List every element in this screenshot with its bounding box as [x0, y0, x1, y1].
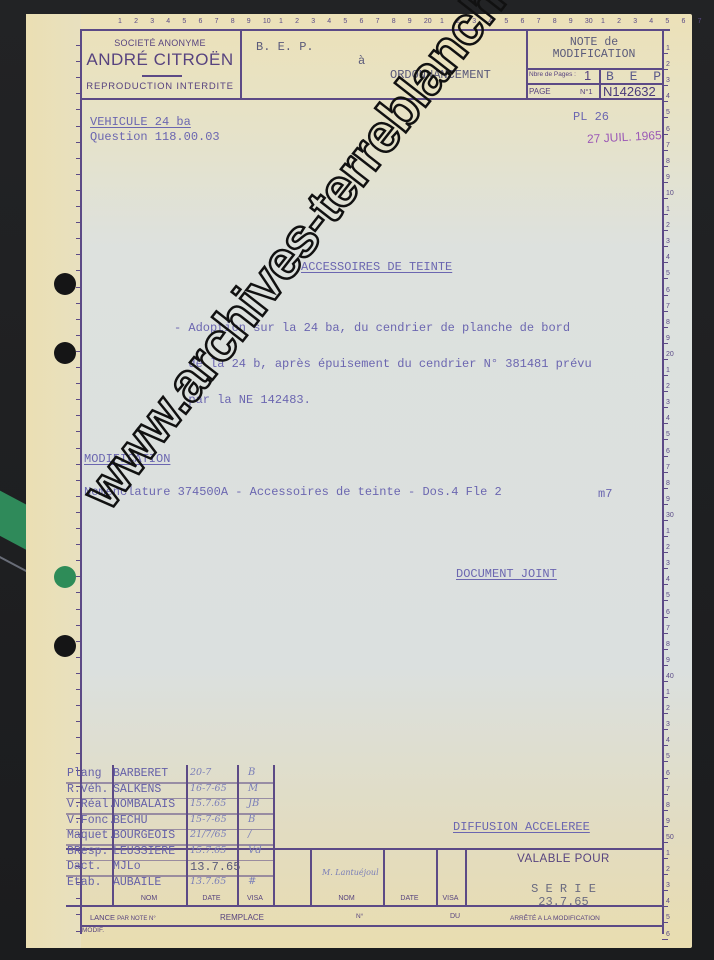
sig-name: NOMBALAIS: [113, 798, 175, 811]
ruler-tick: [76, 270, 81, 271]
ruler-tick: [662, 230, 668, 231]
sig-role: V.Réal.: [67, 798, 115, 811]
ruler-tick-label: 8: [231, 18, 235, 25]
arrete-label: ARRÊTÉ A LA MODIFICATION: [510, 915, 600, 922]
document-joint: DOCUMENT JOINT: [456, 567, 557, 581]
ruler-tick: [662, 134, 668, 135]
ruler-tick-label: 9: [666, 174, 670, 181]
sig-col-line: [186, 765, 188, 905]
ruler-tick: [76, 383, 81, 384]
ruler-tick: [76, 657, 81, 658]
ruler-tick-label: 4: [666, 898, 670, 905]
ruler-tick: [76, 544, 81, 545]
ruler-tick: [662, 101, 668, 102]
ruler-tick: [76, 898, 81, 899]
modif-label: MODIF.: [82, 927, 104, 934]
ruler-tick: [662, 85, 668, 86]
ruler-tick-label: 6: [521, 18, 525, 25]
col-date: DATE: [186, 895, 237, 902]
ruler-tick: [662, 697, 668, 698]
sig-role: BResp.: [67, 845, 108, 858]
top-ruler: 1234567891012345678920123456789301234567: [80, 18, 670, 34]
ruler-tick-label: 3: [633, 18, 637, 25]
ruler-tick: [76, 190, 81, 191]
sig-role: R.Véh.: [67, 783, 108, 796]
ruler-tick: [76, 673, 81, 674]
ruler-tick-label: 7: [666, 786, 670, 793]
question-ref: Question 118.00.03: [90, 130, 220, 144]
sig-date: 21/7/65: [190, 829, 227, 840]
ruler-tick: [662, 922, 668, 923]
ruler-tick: [76, 399, 81, 400]
footer-line: [80, 925, 662, 927]
ruler-tick: [662, 745, 668, 746]
ruler-tick-label: 9: [666, 818, 670, 825]
sig-visa: #: [248, 876, 256, 887]
sig-name: MJLo: [113, 860, 141, 873]
ruler-tick: [662, 890, 668, 891]
ruler-tick: [662, 262, 668, 263]
ruler-tick-label: 7: [537, 18, 541, 25]
sig-visa: JB: [248, 798, 259, 809]
ruler-tick: [76, 914, 81, 915]
sig-visa: B: [248, 767, 255, 778]
ruler-tick-label: 30: [666, 512, 674, 519]
ruler-tick: [662, 520, 668, 521]
sig-role: V.Fonc.: [67, 814, 115, 827]
company-name: ANDRÉ CITROËN: [80, 50, 240, 70]
col-date-2: DATE: [383, 895, 436, 902]
ruler-tick-label: 1: [666, 528, 670, 535]
ruler-tick: [662, 504, 668, 505]
ruler-tick: [662, 552, 668, 553]
sig-visa: Vd: [248, 845, 262, 856]
ruler-tick: [76, 93, 81, 94]
vehicle-label: VEHICULE 24 ba: [90, 115, 191, 129]
ruler-tick: [662, 649, 668, 650]
ruler-tick: [76, 431, 81, 432]
sig-date: 20-7: [190, 767, 211, 778]
ruler-tick-label: 7: [666, 464, 670, 471]
ruler-tick-label: 2: [666, 383, 670, 390]
page-number-label: N°1: [580, 87, 593, 96]
ruler-tick-label: 30: [585, 18, 593, 25]
ruler-tick: [76, 560, 81, 561]
ruler-tick-label: 4: [666, 576, 670, 583]
par-note: PAR NOTE N°: [117, 916, 156, 922]
ruler-tick: [76, 142, 81, 143]
validity-date: 23.7.65: [465, 895, 662, 909]
ruler-tick: [76, 77, 81, 78]
sig-name: LEUSSIERE: [113, 845, 175, 858]
ruler-tick: [662, 826, 668, 827]
sig-visa: B: [248, 814, 255, 825]
sig-date: 15-7-65: [190, 814, 227, 825]
ruler-tick-label: 6: [666, 287, 670, 294]
sig-visa: /: [248, 829, 251, 840]
ruler-tick-label: 8: [666, 158, 670, 165]
page-label: PAGE: [529, 87, 551, 96]
ruler-tick-label: 1: [666, 45, 670, 52]
sig-name: BARBERET: [113, 767, 168, 780]
ruler-tick-label: 2: [617, 18, 621, 25]
ruler-tick-label: 1: [118, 18, 122, 25]
ruler-tick-label: 1: [601, 18, 605, 25]
ruler-tick-label: 9: [666, 496, 670, 503]
ruler-tick-label: 6: [199, 18, 203, 25]
ruler-tick: [662, 295, 668, 296]
ruler-tick: [662, 182, 668, 183]
ruler-tick: [662, 117, 668, 118]
ruler-tick-label: 9: [569, 18, 573, 25]
ruler-tick-label: 1: [666, 367, 670, 374]
sig-role: Etab.: [67, 876, 102, 889]
ruler-tick-label: 7: [698, 18, 702, 25]
ruler-tick-label: 7: [376, 18, 380, 25]
launched-by: LANCE: [90, 913, 115, 922]
ruler-tick: [662, 858, 668, 859]
ruler-tick-label: 5: [666, 753, 670, 760]
pages-label: Nbre de Pages :: [529, 71, 576, 78]
ruler-tick: [76, 287, 81, 288]
ruler-tick: [662, 278, 668, 279]
ruler-tick-label: 40: [666, 673, 674, 680]
ruler-tick: [662, 456, 668, 457]
header-divider: [240, 29, 242, 99]
plate-ref: PL 26: [573, 110, 609, 124]
ruler-tick-label: 2: [666, 544, 670, 551]
ruler-tick-label: 6: [666, 448, 670, 455]
ruler-tick: [76, 512, 81, 513]
ruler-tick: [662, 150, 668, 151]
ruler-tick: [76, 448, 81, 449]
sig-name: AUBAILE: [113, 876, 161, 889]
ruler-tick-label: 7: [666, 303, 670, 310]
ruler-tick-label: 6: [666, 931, 670, 938]
ruler-tick-label: 10: [263, 18, 271, 25]
ruler-tick-label: 8: [392, 18, 396, 25]
ruler-tick-label: 5: [665, 18, 669, 25]
ruler-tick: [662, 488, 668, 489]
ruler-tick-label: 9: [408, 18, 412, 25]
paragraph-line: par la NE 142483.: [174, 394, 592, 406]
ruler-tick-label: 4: [666, 737, 670, 744]
ruler-tick: [76, 303, 81, 304]
doc-type: NOTE de MODIFICATION: [526, 37, 662, 61]
ruler-tick-label: 4: [649, 18, 653, 25]
ruler-tick-label: 7: [666, 142, 670, 149]
ruler-tick: [76, 367, 81, 368]
ruler-tick: [662, 391, 668, 392]
ruler-tick-label: 9: [247, 18, 251, 25]
ruler-tick: [76, 737, 81, 738]
ruler-tick-label: 1: [666, 206, 670, 213]
nomenclature-line: Nomenclature 374500A - Accessoires de te…: [84, 485, 502, 499]
ruler-tick: [662, 359, 668, 360]
ruler-tick-label: 9: [666, 335, 670, 342]
sig-name: BOURGEOIS: [113, 829, 175, 842]
ruler-tick: [76, 609, 81, 610]
ruler-tick-label: 3: [666, 399, 670, 406]
diffusion-label: DIFFUSION ACCELEREE: [453, 820, 590, 834]
ruler-tick: [662, 842, 668, 843]
ruler-tick: [76, 592, 81, 593]
ruler-tick: [76, 576, 81, 577]
ruler-tick: [662, 600, 668, 601]
ruler-tick: [662, 617, 668, 618]
ruler-tick-label: 3: [666, 238, 670, 245]
ruler-tick-label: 5: [343, 18, 347, 25]
ruler-tick-label: 2: [666, 705, 670, 712]
ruler-tick-label: 20: [666, 351, 674, 358]
ruler-tick: [76, 753, 81, 754]
ruler-tick: [76, 415, 81, 416]
ruler-tick: [662, 568, 668, 569]
ruler-tick: [662, 343, 668, 344]
sig-date: 13.7.65: [190, 876, 226, 887]
ruler-tick-label: 3: [666, 560, 670, 567]
ruler-tick: [76, 319, 81, 320]
ruler-tick: [662, 778, 668, 779]
ruler-tick: [662, 246, 668, 247]
ruler-tick-label: 50: [666, 834, 674, 841]
ruler-tick: [76, 496, 81, 497]
ruler-tick-label: 8: [666, 802, 670, 809]
ruler-tick: [76, 705, 81, 706]
ruler-tick: [76, 254, 81, 255]
ruler-tick: [662, 761, 668, 762]
ruler-tick-label: 5: [666, 914, 670, 921]
ruler-tick: [662, 794, 668, 795]
ruler-tick-label: 5: [666, 109, 670, 116]
ruler-tick: [76, 689, 81, 690]
col-visa: VISA: [237, 895, 273, 902]
ruler-tick: [76, 351, 81, 352]
doc-type-line2: MODIFICATION: [526, 49, 662, 61]
validity-serie: S E R I E: [465, 882, 662, 896]
replaces-label: REMPLACE: [220, 913, 264, 922]
ruler-tick-label: 7: [215, 18, 219, 25]
company-line1: SOCIETÉ ANONYME: [80, 38, 240, 48]
ruler-tick-label: 2: [666, 222, 670, 229]
ruler-tick: [76, 206, 81, 207]
ruler-tick: [662, 198, 668, 199]
ruler-tick: [662, 536, 668, 537]
ruler-tick: [76, 931, 81, 932]
ruler-tick: [662, 633, 668, 634]
ruler-tick-label: 6: [666, 126, 670, 133]
ruler-tick: [76, 464, 81, 465]
ruler-tick: [662, 681, 668, 682]
ruler-tick-label: 7: [666, 625, 670, 632]
ruler-tick-label: 4: [666, 93, 670, 100]
launched-label: LANCE PAR NOTE N°: [90, 913, 156, 922]
company-notice: REPRODUCTION INTERDITE: [80, 81, 240, 92]
ruler-tick: [662, 423, 668, 424]
sig-name: BECHU: [113, 814, 148, 827]
ruler-tick: [662, 729, 668, 730]
department-code: B E P: [606, 69, 665, 84]
ruler-tick-label: 5: [666, 431, 670, 438]
ruler-tick: [76, 126, 81, 127]
sig-visa: M: [248, 783, 258, 794]
ruler-tick-label: 10: [666, 190, 674, 197]
second-signature: M. Lantuéjoul: [322, 868, 379, 877]
ruler-tick: [76, 335, 81, 336]
to-prefix: à: [358, 54, 365, 68]
ruler-tick: [76, 174, 81, 175]
ruler-tick-label: 4: [666, 254, 670, 261]
du-label: DU: [450, 913, 460, 920]
number-label: N°: [356, 913, 363, 920]
col-nom-2: NOM: [310, 895, 383, 902]
ruler-tick-label: 3: [666, 77, 670, 84]
ruler-tick: [662, 939, 668, 940]
ruler-tick-label: 9: [666, 657, 670, 664]
pages-value: 1: [584, 68, 591, 83]
ruler-tick-label: 3: [666, 721, 670, 728]
ruler-tick-label: 2: [295, 18, 299, 25]
ruler-tick: [662, 407, 668, 408]
ruler-tick-label: 4: [666, 415, 670, 422]
ruler-tick: [662, 439, 668, 440]
sig-name: SALKENS: [113, 783, 161, 796]
sig-role: Maquet.: [67, 829, 115, 842]
ruler-tick: [662, 472, 668, 473]
ruler-tick: [76, 528, 81, 529]
ruler-tick-label: 5: [182, 18, 186, 25]
ruler-tick-label: 8: [666, 641, 670, 648]
ruler-tick-label: 2: [134, 18, 138, 25]
ruler-tick: [76, 238, 81, 239]
ruler-tick-label: 6: [666, 770, 670, 777]
ruler-tick-label: 1: [666, 689, 670, 696]
ruler-tick-label: 1: [666, 850, 670, 857]
ruler-tick: [76, 109, 81, 110]
ruler-tick: [662, 53, 668, 54]
note-box-divider2: [599, 68, 601, 99]
ruler-tick: [662, 327, 668, 328]
ruler-tick-label: 5: [666, 270, 670, 277]
ruler-tick: [662, 375, 668, 376]
sig-date: 16-7-65: [190, 783, 227, 794]
ruler-tick-label: 8: [666, 319, 670, 326]
ruler-tick-label: 3: [666, 882, 670, 889]
ruler-tick: [662, 166, 668, 167]
ruler-tick-label: 8: [666, 480, 670, 487]
ruler-tick: [662, 311, 668, 312]
ruler-tick: [76, 641, 81, 642]
subject-title: ACCESSOIRES DE TEINTE: [301, 260, 452, 274]
sig-col-line: [273, 765, 275, 905]
ruler-tick-label: 6: [360, 18, 364, 25]
sig-role: Plang: [67, 767, 102, 780]
ruler-tick-label: 5: [666, 592, 670, 599]
ruler-tick: [662, 665, 668, 666]
ruler-tick: [662, 713, 668, 714]
ruler-tick-label: 3: [311, 18, 315, 25]
ruler-tick: [662, 810, 668, 811]
sig-date: 15.7.65: [190, 798, 226, 809]
ruler-tick-label: 3: [150, 18, 154, 25]
ruler-tick-label: 2: [666, 866, 670, 873]
ruler-tick: [76, 721, 81, 722]
ruler-tick: [76, 222, 81, 223]
sig-role: Dact.: [67, 860, 102, 873]
punch-hole: [54, 635, 76, 657]
ruler-tick-label: 2: [666, 61, 670, 68]
punch-hole: [54, 566, 76, 588]
ruler-tick: [662, 214, 668, 215]
ruler-tick-label: 6: [666, 609, 670, 616]
punch-hole: [54, 273, 76, 295]
punch-hole: [54, 342, 76, 364]
ruler-tick: [76, 625, 81, 626]
note-number: N142632: [603, 84, 656, 99]
nomenclature-code: m7: [598, 487, 612, 501]
ruler-tick-label: 6: [682, 18, 686, 25]
col-nom: NOM: [112, 895, 186, 902]
sig-date: 15.7.65: [190, 845, 226, 856]
ruler-tick-label: 8: [553, 18, 557, 25]
sig-date: 13.7.65: [190, 860, 240, 874]
col-visa-2: VISA: [436, 895, 465, 902]
ruler-tick-label: 4: [166, 18, 170, 25]
validity-label: VALABLE POUR: [465, 853, 662, 865]
ruler-tick-label: 1: [279, 18, 283, 25]
ruler-tick: [76, 158, 81, 159]
ruler-tick: [662, 874, 668, 875]
company-rule: [142, 75, 182, 77]
from-department: B. E. P.: [256, 40, 314, 54]
ruler-tick: [662, 584, 668, 585]
ruler-tick-label: 4: [327, 18, 331, 25]
sig-col-line: [237, 765, 239, 905]
ruler-tick: [662, 906, 668, 907]
